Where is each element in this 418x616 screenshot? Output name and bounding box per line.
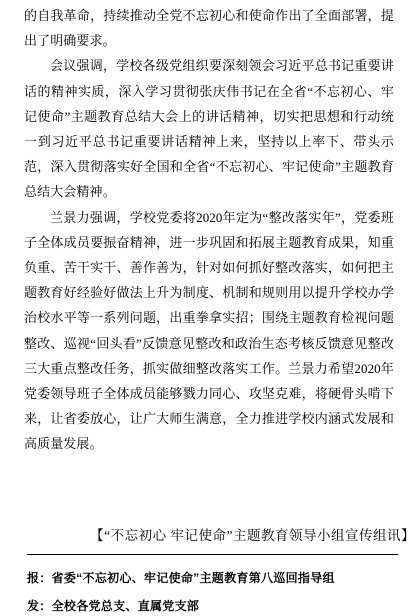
distribute-to-line: 发：全校各党总支、直属党支部: [27, 592, 398, 616]
document-page: 的自我革命，持续推动全党不忘初心和使命作出了全面部署，提出了明确要求。 会议强调…: [0, 0, 418, 616]
distribution-block: 报：省委“不忘初心、牢记使命”主题教育第八巡回指导组 发：全校各党总支、直属党支…: [27, 564, 398, 616]
body-paragraph: 的自我革命，持续推动全党不忘初心和使命作出了全面部署，提出了明确要求。: [24, 3, 394, 53]
body-paragraph: 会议强调，学校各级党组织要深刻领会习近平总书记重要讲话的精神实质，深入学习贯彻张…: [24, 53, 394, 204]
body-paragraph: 兰景力强调，学校党委将2020年定为“整改落实年”，党委班子全体成员要振奋精神，…: [24, 205, 394, 457]
footer-divider: [27, 554, 398, 555]
document-footer: 【“不忘初心 牢记使命”主题教育领导小组宣传组讯】 报：省委“不忘初心、牢记使命…: [0, 526, 418, 616]
attribution-line: 【“不忘初心 牢记使命”主题教育领导小组宣传组讯】: [0, 526, 418, 546]
document-body: 的自我革命，持续推动全党不忘初心和使命作出了全面部署，提出了明确要求。 会议强调…: [0, 0, 418, 457]
report-to-line: 报：省委“不忘初心、牢记使命”主题教育第八巡回指导组: [27, 564, 398, 592]
